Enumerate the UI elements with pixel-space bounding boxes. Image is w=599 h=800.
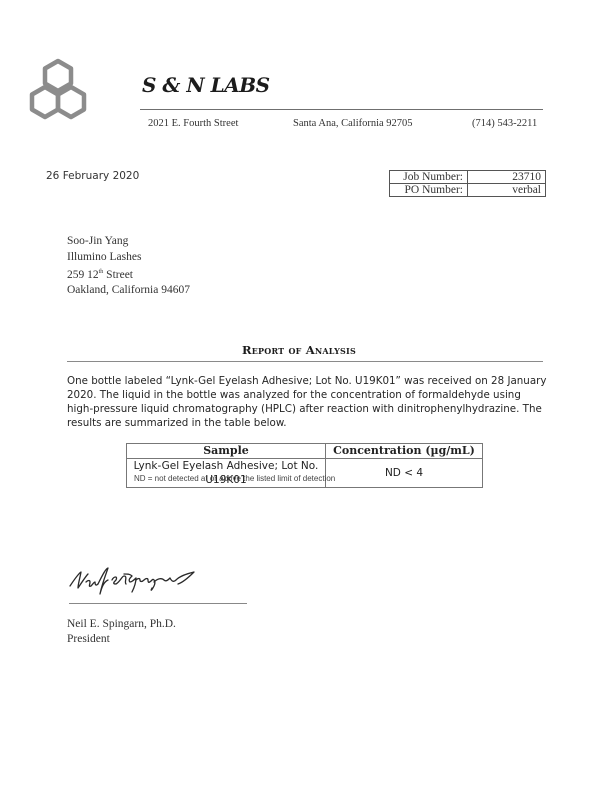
signer-block: Neil E. Spingarn, Ph.D. President: [67, 617, 176, 647]
letter-date: 26 February 2020: [46, 170, 139, 182]
street-number: 259 12: [67, 269, 99, 281]
company-name: S & N LABS: [142, 73, 270, 97]
signature-line: [69, 603, 247, 604]
report-title: Report of Analysis: [242, 343, 356, 357]
sample-cell: Lynk-Gel Eyelash Adhesive; Lot No. U19K0…: [127, 459, 326, 488]
header-concentration: Concentration (µg/mL): [326, 444, 483, 459]
recipient-name: Soo-Jin Yang: [67, 234, 190, 250]
po-number-value: verbal: [468, 184, 546, 197]
job-info-table: Job Number: 23710 PO Number: verbal: [389, 170, 546, 197]
job-number-value: 23710: [468, 171, 546, 184]
street-name: Street: [103, 269, 133, 281]
table-footnote: ND = not detected at or above the listed…: [134, 474, 335, 483]
po-number-label: PO Number:: [390, 184, 468, 197]
header-sample: Sample: [127, 444, 326, 459]
results-header-row: Sample Concentration (µg/mL): [127, 444, 483, 459]
po-number-row: PO Number: verbal: [390, 184, 546, 197]
signer-title: President: [67, 632, 176, 647]
job-number-row: Job Number: 23710: [390, 171, 546, 184]
signer-name: Neil E. Spingarn, Ph.D.: [67, 617, 176, 632]
hexagon-logo-icon: [24, 58, 92, 122]
recipient-address: Soo-Jin Yang Illumino Lashes 259 12th St…: [67, 234, 190, 299]
recipient-city: Oakland, California 94607: [67, 283, 190, 299]
report-paragraph: One bottle labeled “Lynk-Gel Eyelash Adh…: [67, 374, 547, 430]
signature-icon: [66, 560, 196, 600]
company-city: Santa Ana, California 92705: [293, 118, 413, 129]
report-divider: [67, 361, 543, 362]
company-phone: (714) 543-2211: [472, 118, 537, 129]
concentration-cell: ND < 4: [326, 459, 483, 488]
recipient-street: 259 12th Street: [67, 265, 190, 283]
table-row: Lynk-Gel Eyelash Adhesive; Lot No. U19K0…: [127, 459, 483, 488]
job-number-label: Job Number:: [390, 171, 468, 184]
letterhead-divider: [140, 109, 543, 110]
recipient-company: Illumino Lashes: [67, 250, 190, 266]
company-street: 2021 E. Fourth Street: [148, 118, 238, 129]
